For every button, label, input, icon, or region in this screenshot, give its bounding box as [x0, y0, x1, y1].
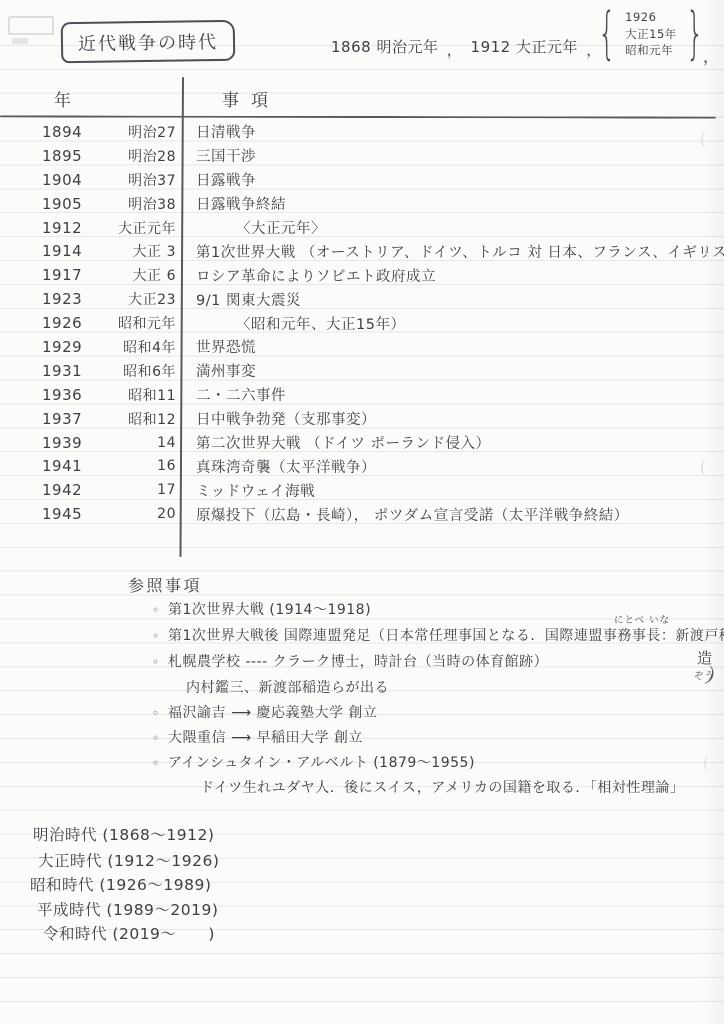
era-cell: 明治38 [110, 194, 183, 214]
bullet: ◦ [152, 756, 168, 770]
year-cell: 1904 [0, 171, 110, 189]
year-cell: 1942 [0, 481, 110, 499]
era-list-reiwa: 令和時代 (2019～ ) [43, 922, 215, 944]
reference-item: 内村鑑三、新渡部稲造らが出る [186, 677, 389, 697]
era-list-taisho: 大正時代 (1912～1926) [38, 849, 219, 871]
event-cell: 原爆投下（広島・長崎）， ポツダム宣言受諾（太平洋戦争終結） [196, 504, 629, 525]
era-cell: 明治28 [110, 146, 183, 166]
title-box: 近代戦争の時代 [61, 20, 236, 63]
scan-artifact: ( [700, 132, 706, 148]
era-cell: 明治27 [110, 122, 183, 142]
event-cell: 日清戦争 [196, 121, 256, 142]
event-cell: 日露戦争 [196, 169, 256, 190]
event-cell: 日露戦争終結 [196, 193, 286, 214]
table-row: 1894 明治27 日清戦争 [0, 120, 716, 144]
note-meiji-start: 1868 明治元年 [331, 38, 438, 56]
year-cell: 1936 [0, 386, 110, 404]
event-cell: 真珠湾奇襲（太平洋戦争） [196, 456, 376, 477]
event-cell: ミッドウェイ海戦 [196, 480, 315, 501]
year-cell: 1941 [0, 457, 110, 475]
reference-item: ◦第1次世界大戦後 国際連盟発足（日本常任理事国となる．国際連盟事務事長：新渡戸… [152, 625, 724, 645]
reference-heading: 参照事項 [128, 573, 202, 596]
era-cell: 14 [110, 435, 183, 451]
furigana-nitobe-ina: にとべ いな [614, 612, 670, 626]
event-cell: 世界恐慌 [196, 336, 256, 357]
reference-text: 内村鑑三、新渡部稲造らが出る [186, 680, 389, 696]
year-cell: 1914 [0, 242, 110, 260]
year-cell: 1912 [0, 219, 110, 237]
table-row: 1926 昭和元年 〈昭和元年、大正15年） [0, 311, 716, 335]
table-row: 1941 16 真珠湾奇襲（太平洋戦争） [0, 454, 716, 478]
year-cell: 1945 [0, 505, 110, 523]
era-cell: 昭和6年 [110, 361, 183, 381]
event-cell: 三国干渉 [196, 145, 256, 166]
era-list-heisei: 平成時代 (1989～2019) [37, 898, 218, 920]
open-brace: { [598, 4, 616, 64]
table-row: 1923 大正23 9/1 関東大震災 [0, 287, 716, 311]
year-cell: 1905 [0, 195, 110, 213]
table-row: 1912 大正元年 〈大正元年〉 [0, 216, 716, 240]
era-start-note: 1868 明治元年 ， 1912 大正元年 ， [331, 36, 605, 57]
event-cell: 満州事変 [196, 360, 256, 381]
note-taisho-start: 1912 大正元年 [471, 38, 578, 56]
era-list-showa: 昭和時代 (1926～1989) [30, 873, 211, 895]
table-row: 1936 昭和11 二・二六事件 [0, 383, 716, 407]
page-title: 近代戦争の時代 [78, 28, 218, 56]
chronology-table: 1894 明治27 日清戦争 1895 明治28 三国干渉 1904 明治37 … [0, 120, 716, 526]
year-cell: 1917 [0, 266, 110, 284]
table-row: 1939 14 第二次世界大戦 （ドイツ ポーランド侵入） [0, 431, 716, 455]
reference-text: 第1次世界大戦後 国際連盟発足（日本常任理事国となる．国際連盟事務事長：新渡戸稲 [168, 628, 724, 644]
event-cell: ロシア革命によりソビエト政府成立 [196, 265, 436, 286]
era-cell: 20 [110, 506, 183, 522]
bullet: ◦ [152, 629, 168, 643]
table-row: 1945 20 原爆投下（広島・長崎）， ポツダム宣言受諾（太平洋戦争終結） [0, 502, 716, 526]
table-row: 1942 17 ミッドウェイ海戦 [0, 478, 716, 502]
reference-item: ◦札幌農学校 ---- クラーク博士，時計台（当時の体育館跡） [152, 651, 548, 671]
era-cell: 昭和12 [110, 409, 183, 429]
bullet: ◦ [152, 706, 168, 720]
comma: ， [703, 44, 720, 67]
era-cell: 昭和4年 [110, 337, 183, 357]
event-cell: 第二次世界大戦 （ドイツ ポーランド侵入） [196, 432, 491, 453]
reference-item: ◦大隈重信 ⟶ 早稲田大学 創立 [152, 727, 363, 747]
era-cell: 大正 6 [110, 265, 183, 285]
reference-text: 第1次世界大戦 (1914～1918) [168, 602, 371, 618]
scan-artifact: ( [704, 244, 710, 260]
era-cell: 昭和元年 [110, 313, 183, 333]
reference-item: ◦福沢諭吉 ⟶ 慶応義塾大学 創立 [152, 702, 377, 722]
event-cell: 第1次世界大戦 （オーストリア、ドイツ、トルコ 対 日本、フランス、イギリス、ロ… [196, 241, 724, 262]
table-row: 1904 明治37 日露戦争 [0, 168, 716, 192]
table-row: 1931 昭和6年 満州事変 [0, 359, 716, 383]
table-row: 1929 昭和4年 世界恐慌 [0, 335, 716, 359]
era-cell: 17 [110, 482, 183, 498]
era-cell: 16 [110, 458, 183, 474]
brace-line-showa1: 昭和元年 [625, 42, 677, 59]
event-cell: 日中戦争勃発（支那事変） [196, 408, 376, 429]
era-cell: 昭和11 [110, 385, 183, 405]
era-list-meiji: 明治時代 (1868～1912) [33, 823, 214, 845]
year-cell: 1894 [0, 123, 110, 141]
year-cell: 1931 [0, 362, 110, 380]
header-underline [0, 115, 716, 118]
brace-line-taisho15: 大正15年 [625, 26, 677, 43]
table-row: 1937 昭和12 日中戦争勃発（支那事変） [0, 407, 716, 431]
reference-text: 大隈重信 ⟶ 早稲田大学 創立 [168, 730, 363, 746]
scan-artifact: ( [700, 460, 706, 476]
event-cell: 〈大正元年〉 [196, 217, 326, 238]
year-cell: 1939 [0, 434, 110, 452]
notebook-page: 近代戦争の時代 1868 明治元年 ， 1912 大正元年 ， { 1926 大… [0, 0, 724, 1024]
event-cell: 〈昭和元年、大正15年） [196, 313, 405, 334]
reference-text: 福沢諭吉 ⟶ 慶応義塾大学 創立 [168, 705, 377, 721]
reference-text: アインシュタイン・アルベルト (1879～1955) [168, 755, 475, 771]
year-cell: 1929 [0, 338, 110, 356]
year-cell: 1937 [0, 410, 110, 428]
era-cell: 大正元年 [110, 218, 183, 238]
year-cell: 1923 [0, 290, 110, 308]
column-header-event: 事項 [222, 86, 280, 111]
reference-item: ドイツ生れユダヤ人．後にスイス，アメリカの国籍を取る．「相対性理論」 [200, 777, 684, 797]
table-row: 1905 明治38 日露戦争終結 [0, 192, 716, 216]
event-cell: 二・二六事件 [196, 384, 286, 405]
era-cell: 明治37 [110, 170, 183, 190]
comma: ， [444, 41, 466, 59]
reference-text: 札幌農学校 ---- クラーク博士，時計台（当時の体育館跡） [168, 654, 548, 670]
bullet: ◦ [152, 603, 168, 617]
event-cell: 9/1 関東大震災 [196, 289, 301, 310]
table-row: 1895 明治28 三国干渉 [0, 144, 716, 168]
table-row: 1914 大正 3 第1次世界大戦 （オーストリア、ドイツ、トルコ 対 日本、フ… [0, 239, 716, 263]
column-header-year: 年 [54, 86, 72, 111]
reference-text: ドイツ生れユダヤ人．後にスイス，アメリカの国籍を取る．「相対性理論」 [200, 780, 684, 796]
close-brace: } [686, 4, 704, 64]
brace-line-year: 1926 [625, 9, 677, 26]
year-cell: 1895 [0, 147, 110, 165]
era-cell: 大正23 [110, 289, 183, 309]
year-cell: 1926 [0, 314, 110, 332]
table-row: 1917 大正 6 ロシア革命によりソビエト政府成立 [0, 263, 716, 287]
bullet: ◦ [152, 655, 168, 669]
bullet: ◦ [152, 731, 168, 745]
scan-artifact: ( [703, 756, 709, 772]
era-cell: 大正 3 [110, 241, 183, 261]
reference-item: ◦アインシュタイン・アルベルト (1879～1955) [152, 752, 475, 772]
reference-item: ◦第1次世界大戦 (1914～1918) [152, 599, 371, 619]
showa-start-brace-note: { 1926 大正15年 昭和元年 } [589, 3, 713, 65]
